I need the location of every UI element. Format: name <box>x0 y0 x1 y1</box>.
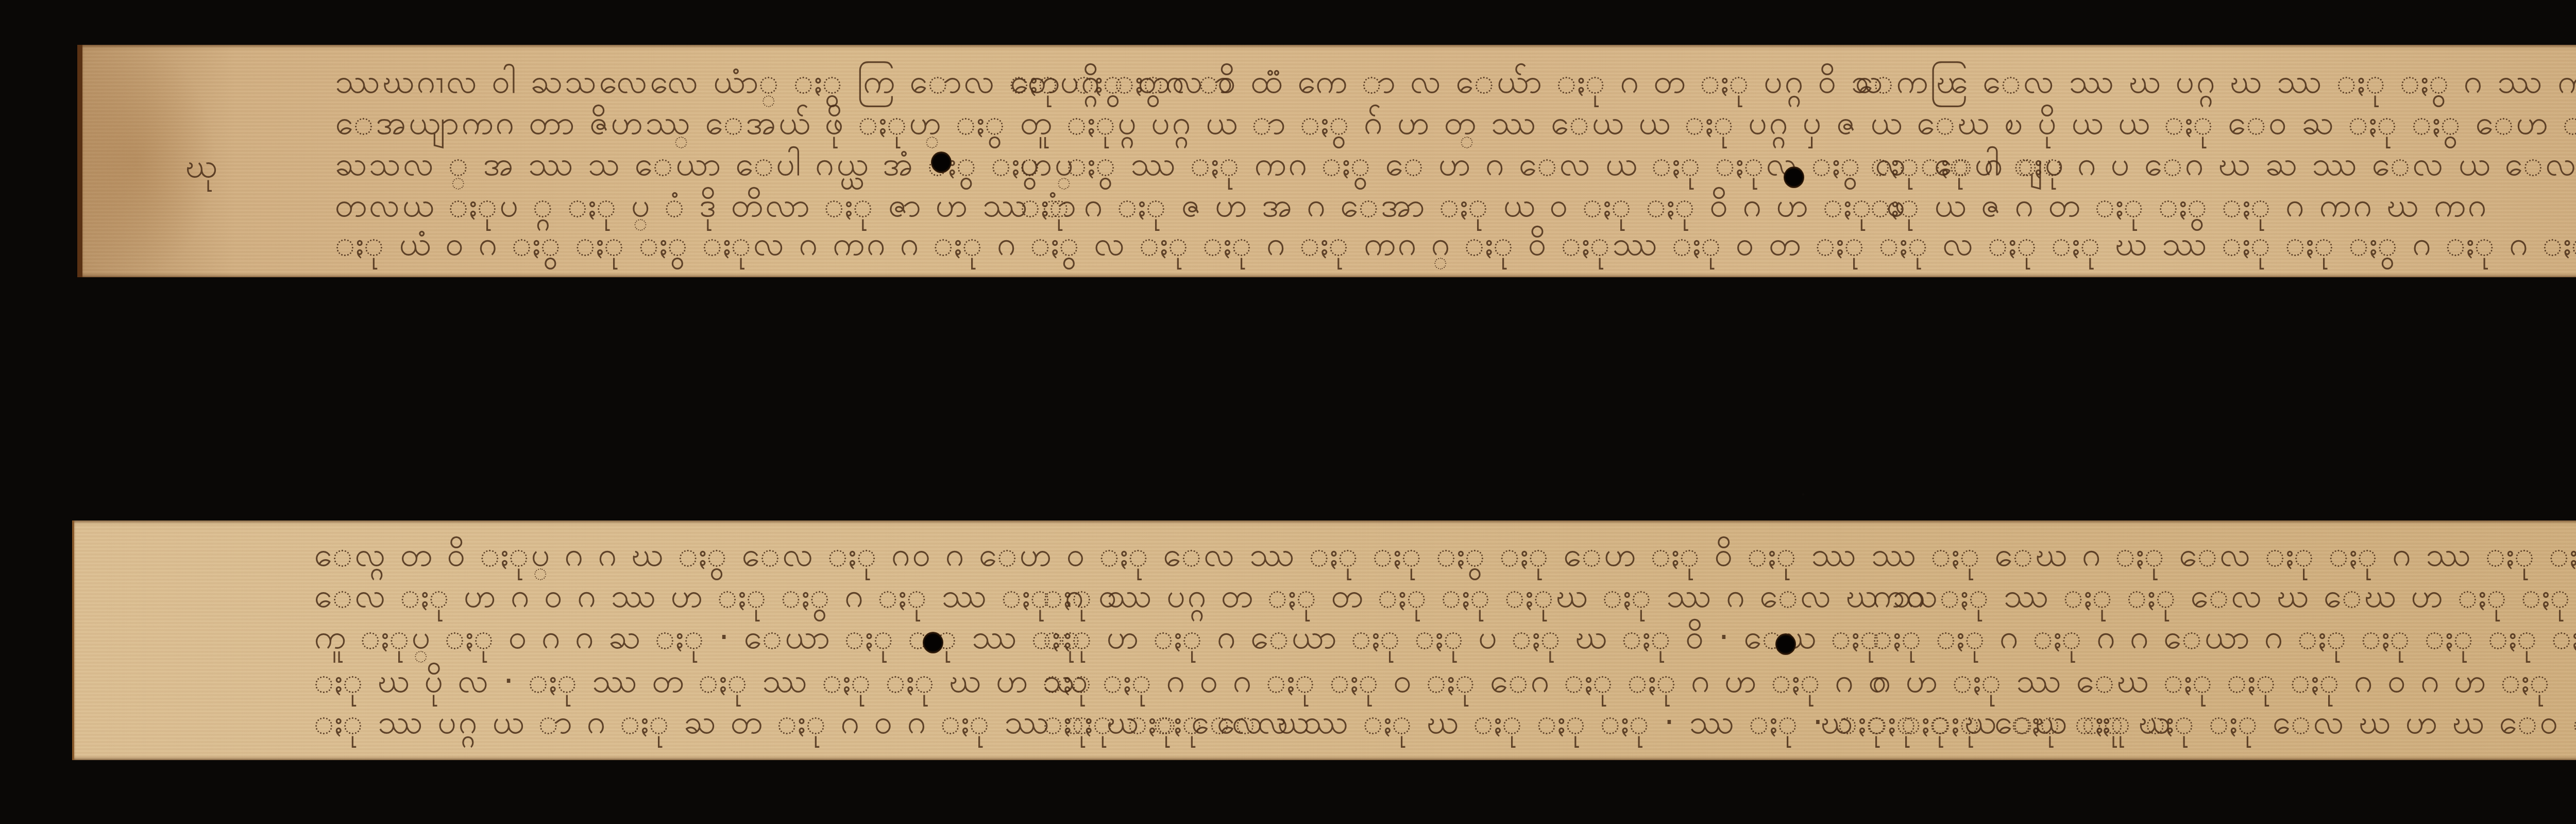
string-hole <box>931 152 952 173</box>
palm-leaf-folio-top: ဃု ဿဃဂၢလ ဝါ ႀသလေလေ ယံာ္ ႏွ ကြ ောလ ႏုပဂ္ဂ… <box>77 45 2576 277</box>
text-line: ႏု ယ ဇ ဂ တ ႏု ႏွ ႏု ဂ ကဂ ဃ ကဂ <box>1870 189 2489 222</box>
text-line: ႀသလ ္ အ ဿ သ ေယာ ေပါ ဂယ္ယ အံ ႏွ ႏွ ပ္ <box>335 148 1076 181</box>
text-line: ကဂ ႏု ဿ ႏု ႏု ေလ ဃ ေဃ ဟ ႏု ႏု ဿ <box>1872 580 2576 613</box>
text-line: ယ ေဃ ၿ ပို ယ ယ ႏု ေဝ ႀ ႏု ႏွ ေဟ ႏု ပ ဂ <box>1870 107 2576 140</box>
text-line: ႏု ဿ ပဂ္ဂ တ ႏု တ ႏု ႏု ႏုဃ ႏု ဿ ဂ ေလ ဃ ဿ <box>1043 580 1940 613</box>
text-line: တလယ ႏုပ ္ဂ ႏု ပ္ ံ ဒို တိလာ ႏု ဇာ ဟ ဿ ံာ <box>335 189 1078 222</box>
text-line: ႏု ဟ ႏု ဂ ေယာ ႏု ႏု ပ ႏု ဃ ႏု ဝိ · ေဃ ႏု <box>1043 621 1882 654</box>
string-hole <box>923 632 943 653</box>
text-line: ႏု ႏု ဂ ႏု ဂ ဂ ေယာ ဂ ႏု ႏု ႏု ႏု ႏု <box>1872 621 2576 654</box>
text-line: ကူ ႏုပ္ ႏု ဝ ဂ ဂ ႀ ႏု · ေယာ ႏု ႏု ဿ ႏု <box>314 621 1082 654</box>
text-line: တေ ႏွ တလ ဝိ ထၱ ကေ ာ လ ေယ်ာ ႏု ဂ တ ႏု ပဂ္… <box>1010 65 1885 98</box>
text-line: ဿ ႏု ဂ ဝ ဂ ႏု ႏု ဝ ႏု ေဂ ႏု ႏု ဂ ဟ ႏု ဂ … <box>1043 665 1889 698</box>
text-line: တူ ႏုပ္ဂ ပဂ္ဂ ယ ာ ႏွ ဂ် ဟ တ္ ဿ ေယ ယ ႏု ပ… <box>1020 107 1858 140</box>
string-hole <box>1775 633 1796 655</box>
text-line: ဂ ဟ ႏု ဿ ေဃ ႏု ႏု ႏု ဂ ဝ ဂ ဟ ႏု <box>1872 665 2552 698</box>
text-line: ေကၽြ ေလ ဿ ဃ ပဂ္ဂ ဃ ဿ ႏု ႏွ ဂ ဿ ကဂ ႏု <box>1855 65 2576 98</box>
leaf-number-marker: ဃု <box>185 145 217 194</box>
palm-leaf-folio-bottom: ေလ္ဂ တ ဝိ ႏုပ္ ဂ ဂ ဃ ႏွ ေလ ႏု ဂဝ ဂ ေဟ ဝ … <box>72 520 2576 760</box>
string-hole <box>1784 166 1804 188</box>
text-line: ႏု ယံ ဝ ဂ ႏွ ႏု ႏွ ႏုလ ဂ ကဂ ဂ ႏု ဂ ႏွ လ … <box>335 228 2576 261</box>
text-line: ေအယျာကဂ တာ ဇိဟဿ္ ေအယ် ဖို ႏုဟ္ ႏွ <box>335 107 1007 140</box>
text-line: ေလ ႏု ဟ ဂ ဝ ဂ ဿ ဟ ႏု ႏွ ဂ ႏု ဿ ႏု ဂ ဝ <box>314 580 1119 613</box>
text-line: ႏု ဃ ပို လ · ႏု ဿ တ ႏု ဿ ႏု ႏု ဃ ဟ ႏု <box>314 665 1094 698</box>
text-line: ႏု ဂ ႏု ဇ ဟ အ ဂ ေအာ ႏု ယ ဝ ႏု ႏု ဝိ ဂ ဟ … <box>1020 189 1907 222</box>
text-line: ႏု ေပါ ႏု ဂ ပ ေဂ ဃ ႀ ဿ ေလ ယ ေလ <box>1870 148 2576 181</box>
text-line: ေလ္ဂ တ ဝိ ႏုပ္ ဂ ဂ ဃ ႏွ ေလ ႏု ဂဝ ဂ ေဟ ဝ … <box>314 539 2576 571</box>
text-line: ဃ ႏု ႏု ေဃ ႏု ႏု ႏု ေလ ဃ ဟ ဃ ေဝ ႏု <box>1821 706 2576 739</box>
